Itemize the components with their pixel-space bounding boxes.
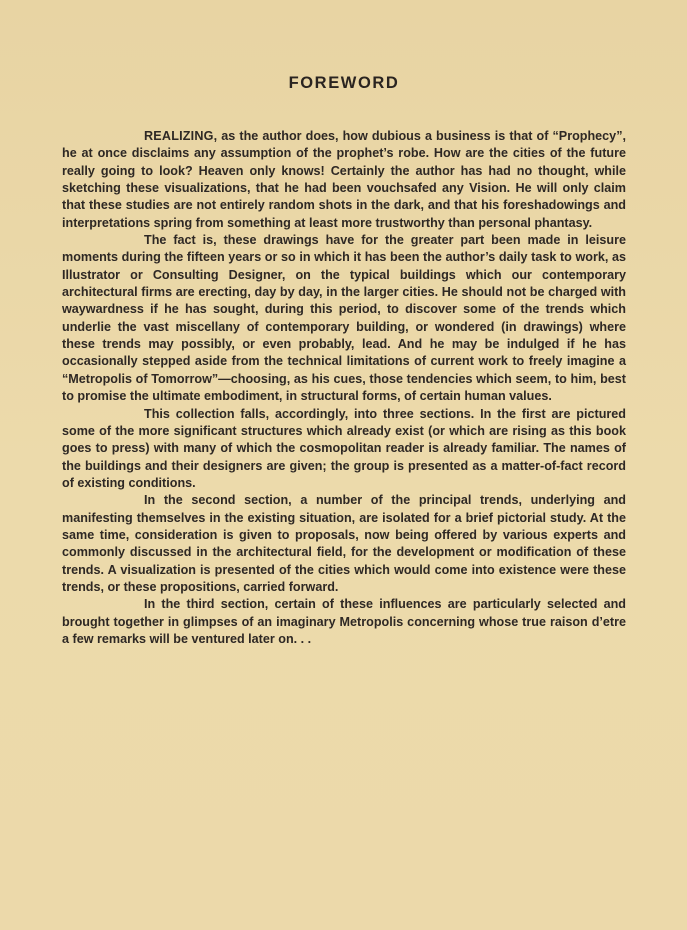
paragraph-text: The fact is, these drawings have for the… [62, 233, 626, 403]
paragraph-3: This collection falls, accordingly, into… [62, 406, 626, 493]
paragraph-4: In the second section, a number of the p… [62, 492, 626, 596]
paragraph-text: This collection falls, accordingly, into… [62, 407, 626, 490]
paragraph-text: In the second section, a number of the p… [62, 493, 626, 594]
paragraph-text: , as the author does, how dubious a busi… [62, 129, 626, 230]
paragraph-text: In the third section, certain of these i… [62, 597, 626, 646]
lead-word: REALIZING [144, 129, 214, 143]
page-title: FOREWORD [62, 72, 626, 94]
foreword-body: REALIZING, as the author does, how dubio… [62, 128, 626, 648]
paragraph-1: REALIZING, as the author does, how dubio… [62, 128, 626, 232]
document-page: FOREWORD REALIZING, as the author does, … [62, 72, 626, 648]
paragraph-2: The fact is, these drawings have for the… [62, 232, 626, 405]
paragraph-5: In the third section, certain of these i… [62, 596, 626, 648]
